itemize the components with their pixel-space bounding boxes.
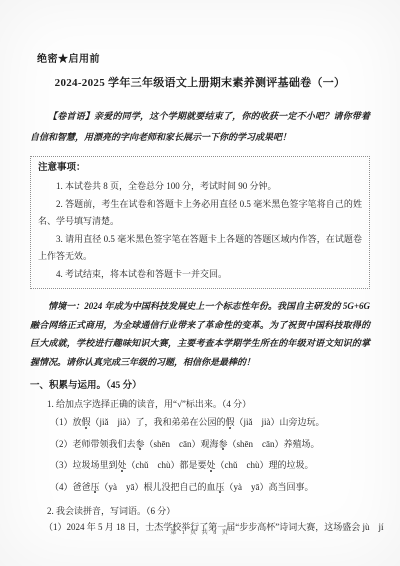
scenario-text: 情境一：2024 年成为中国科技发展史上一个标志性年份。我国自主研发的 5G+6… (30, 297, 370, 371)
preface-text: 【卷首语】亲爱的同学，这个学期就要结束了，你的收获一定不小吧？请你带着自信和智慧… (30, 106, 370, 148)
notice-item: 3. 请用直径 0.5 毫米黑色签字笔在答题卡上各题的答题区域内作答，在试题卷上… (38, 231, 362, 265)
pinyin-choice-item: （1）放假（jiǎ jià）了，我和弟弟在公园的假（jiǎ jià）山旁边玩。 (50, 412, 370, 434)
notice-item: 4. 考试结束，将本试卷和答题卡一并交回。 (38, 266, 362, 283)
notice-item: 1. 本试卷共 8 页，全卷总分 100 分，考试时间 90 分钟。 (38, 178, 362, 195)
page-footer: 第 1 页 共 8 页 (0, 527, 400, 536)
exam-paper-page: 绝密★启用前 2024-2025 学年三年级语文上册期末素养测评基础卷（一） 【… (0, 0, 400, 566)
section-heading: 一、积累与运用。（45 分） (30, 377, 370, 391)
question-2-stem: 2. 我会读拼音，写词语。（6 分） (47, 504, 370, 517)
question-1-stem: 1. 给加点字选择正确的读音，用“√”标出来。（4 分） (47, 397, 370, 410)
pinyin-choice-item: （3）垃圾场里到处（chǔ chù）都是要处（chǔ chù）理的垃圾。 (50, 455, 370, 477)
notice-box: 注意事项： 1. 本试卷共 8 页，全卷总分 100 分，考试时间 90 分钟。… (30, 156, 370, 289)
question-1-items: （1）放假（jiǎ jià）了，我和弟弟在公园的假（jiǎ jià）山旁边玩。 … (30, 412, 370, 498)
notice-item: 2. 答题前，考生在试卷和答题卡上务必用直径 0.5 毫米黑色签字笔将自己的姓名… (38, 196, 362, 230)
classification-label: 绝密★启用前 (37, 50, 370, 65)
page-title: 2024-2025 学年三年级语文上册期末素养测评基础卷（一） (30, 74, 370, 90)
pinyin-choice-item: （4）爸爸压（yà yā）根儿没把自己的血压（yà yā）高当回事。 (50, 477, 370, 499)
pinyin-choice-item: （2）老师带领我们去参（shēn cān）观海参（shēn cān）养殖场。 (50, 434, 370, 456)
notice-title: 注意事项： (38, 160, 362, 177)
